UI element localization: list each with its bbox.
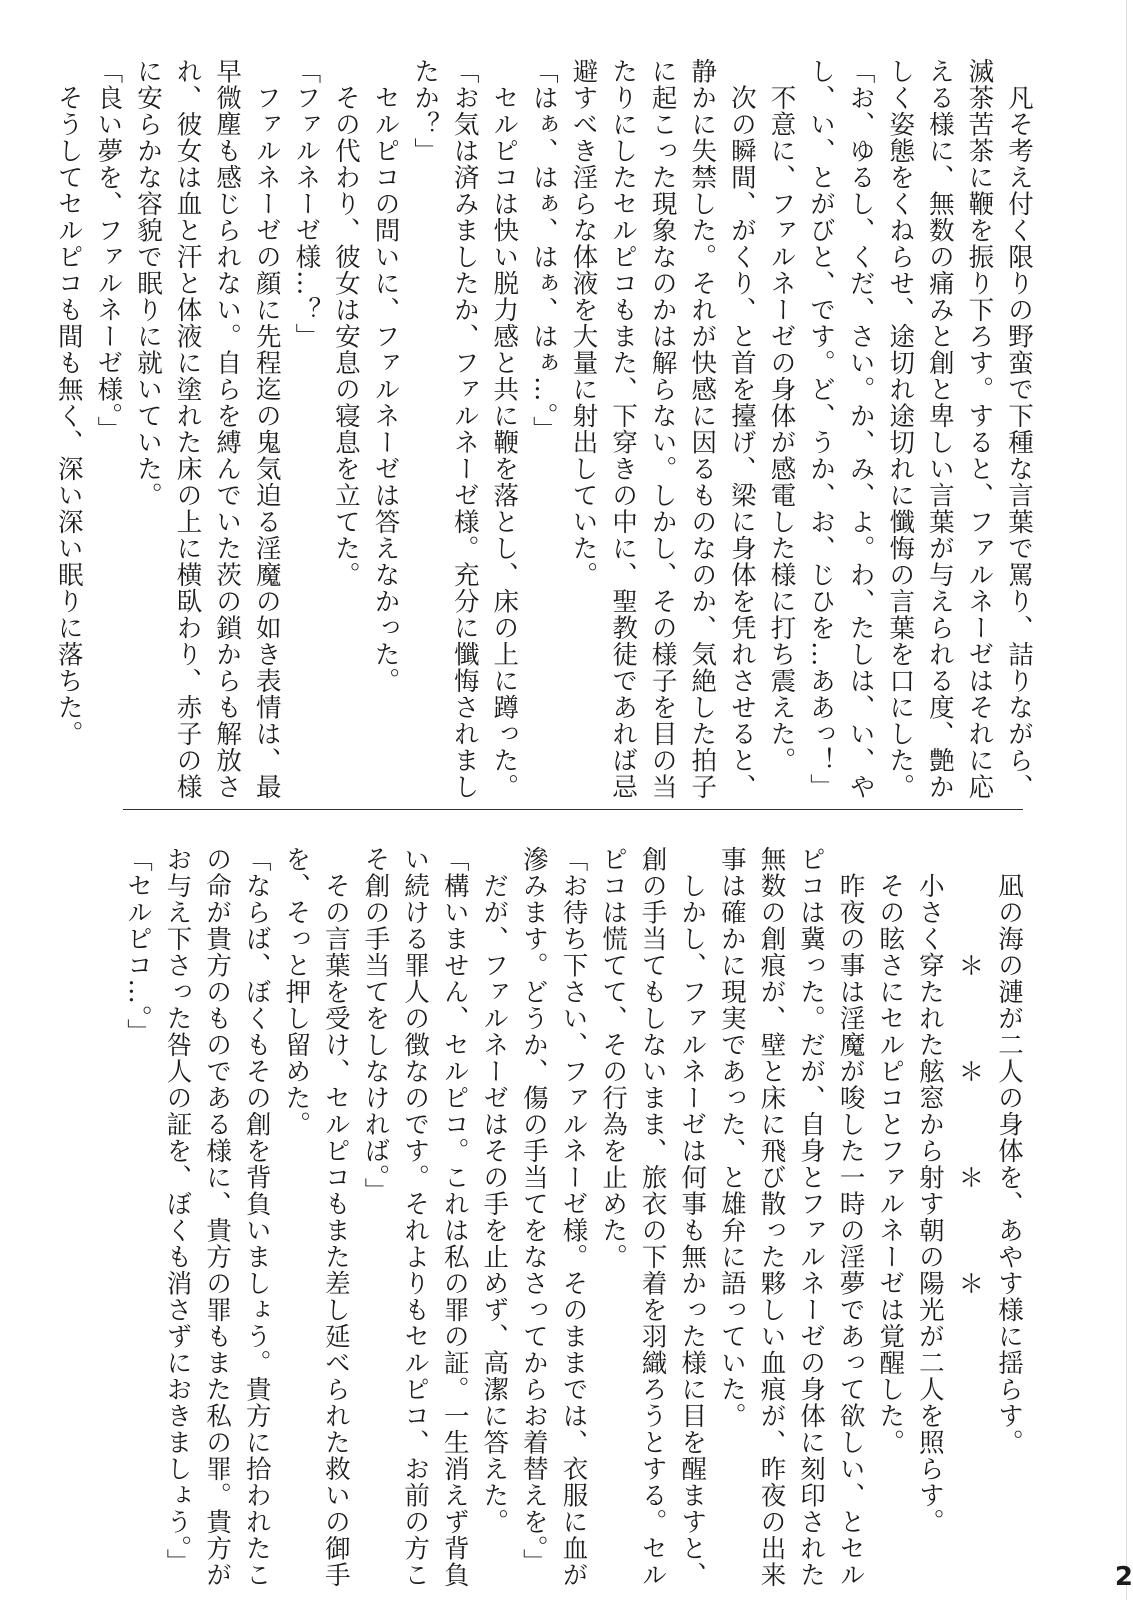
text-line: その言葉を受け、セルピコもまた差し延べられた救いの御手 [315,846,355,1566]
text-line: しかし、ファルネーゼは何事も無かった様に目を醒ますと、 [672,846,712,1566]
top-text-section: 凡そ考え付く限りの野蛮で下種な言葉で罵り、詰りながら、 滅茶苦茶に鞭を振り下ろす… [48,58,1038,778]
text-line: セルピコは快い脱力感と共に鞭を落とし、床の上に蹲った。 [484,58,524,778]
text-line: の命が貴方のものである様に、貴方の罪もまた私の罪。貴方が [197,846,237,1566]
text-line: 凡そ考え付く限りの野蛮で下種な言葉で罵り、詰りながら、 [998,58,1038,778]
text-line: しく姿態をくねらせ、途切れ途切れに懺悔の言葉を口にした。 [880,58,920,778]
text-line: そうしてセルピコも間も無く、深い深い眠りに落ちた。 [48,58,88,778]
text-line: 静かに失禁した。それが快感に因るものなのか、気絶した拍子 [682,58,722,778]
text-line: お与え下さった咎人の証を、ぼくも消さずにおきましょう。」 [157,846,197,1566]
text-line: 「良い夢を、ファルネーゼ様。」 [88,58,128,778]
text-line: たか？」 [405,58,445,778]
text-line: そ創の手当てをしなければ。」 [355,846,395,1566]
text-line: 不意に、ファルネーゼの身体が感電した様に打ち震えた。 [761,58,801,778]
text-line: セルピコの問いに、ファルネーゼは答えなかった。 [365,58,405,778]
text-line: 避すべき淫らな体液を大量に射出していた。 [563,58,603,778]
text-line: に起こった現象なのかは解らない。しかし、その様子を目の当 [642,58,682,778]
text-line: 「セルピコ…。」 [117,846,157,1566]
text-line: 滅茶苦茶に鞭を振り下ろす。すると、ファルネーゼはそれに応 [959,58,999,778]
text-line: 滲みます。どうか、傷の手当てをなさってからお着替えを。」 [513,846,553,1566]
text-line: を、そっと押し留めた。 [276,846,316,1566]
text-line: し、い、とがびと、です。ど、うか、お、じひを…ああっ！」 [800,58,840,778]
text-line: い続ける罪人の徴なのです。それよりもセルピコ、お前の方こ [395,846,435,1566]
text-line: 「お気は済みましたか、ファルネーゼ様。充分に懺悔されまし [444,58,484,778]
scene-break: ＊ ＊ ＊ ＊ [949,846,989,1566]
text-line: 創の手当てもしないまま、旅衣の下着を羽織ろうとする。セル [632,846,672,1566]
text-line: 「ファルネーゼ様…？」 [286,58,326,778]
text-line: 「お待ち下さい、ファルネーゼ様。そのままでは、衣服に血が [553,846,593,1566]
text-line: ピコは慌てて、その行為を止めた。 [592,846,632,1566]
text-line: たりにしたセルピコもまた、下穿きの中に、聖教徒であれば忌 [602,58,642,778]
text-line: 「はぁ、はぁ、はぁ、はぁ…。」 [523,58,563,778]
text-line: 「構いません、セルピコ。これは私の罪の証。一生消えず背負 [434,846,474,1566]
text-line: 事は確かに現実であった、と雄弁に語っていた。 [711,846,751,1566]
text-line: だが、ファルネーゼはその手を止めず、高潔に答えた。 [474,846,514,1566]
page-number: 2 [1115,1562,1133,1592]
bottom-text-section: 凪の海の漣が二人の身体を、あやす様に揺らす。 ＊ ＊ ＊ ＊ 小さく穿たれた舷窓… [117,846,1028,1566]
text-line: 昨夜の事は淫魔が唆した一時の淫夢であって欲しい、とセル [830,846,870,1566]
text-line: 早微塵も感じられない。自らを縛んでいた茨の鎖からも解放さ [207,58,247,778]
text-line: その代わり、彼女は安息の寝息を立てた。 [325,58,365,778]
section-divider [123,809,1023,810]
page-edge [1126,0,1127,1600]
text-line: その眩さにセルピコとファルネーゼは覚醒した。 [870,846,910,1566]
text-line: 無数の創痕が、壁と床に飛び散った夥しい血痕が、昨夜の出来 [751,846,791,1566]
text-line: える様に、無数の痛みと創と卑しい言葉が与えられる度、艶か [919,58,959,778]
text-line: ファルネーゼの顔に先程迄の鬼気迫る淫魔の如き表情は、最 [246,58,286,778]
text-line: れ、彼女は血と汗と体液に塗れた床の上に横臥わり、赤子の様 [167,58,207,778]
text-line: に安らかな容貌で眠りに就いていた。 [127,58,167,778]
text-line: 次の瞬間、がくり、と首を擡げ、梁に身体を凭れさせると、 [721,58,761,778]
text-line: 凪の海の漣が二人の身体を、あやす様に揺らす。 [988,846,1028,1566]
text-line: 小さく穿たれた舷窓から射す朝の陽光が二人を照らす。 [909,846,949,1566]
text-line: 「ならば、ぼくもその創を背負いましょう。貴方に拾われたこ [236,846,276,1566]
text-line: ピコは冀った。だが、自身とファルネーゼの身体に刻印された [790,846,830,1566]
text-line: 「お、ゆるし、くだ、さい。か、み、よ。わ、たしは、い、や [840,58,880,778]
